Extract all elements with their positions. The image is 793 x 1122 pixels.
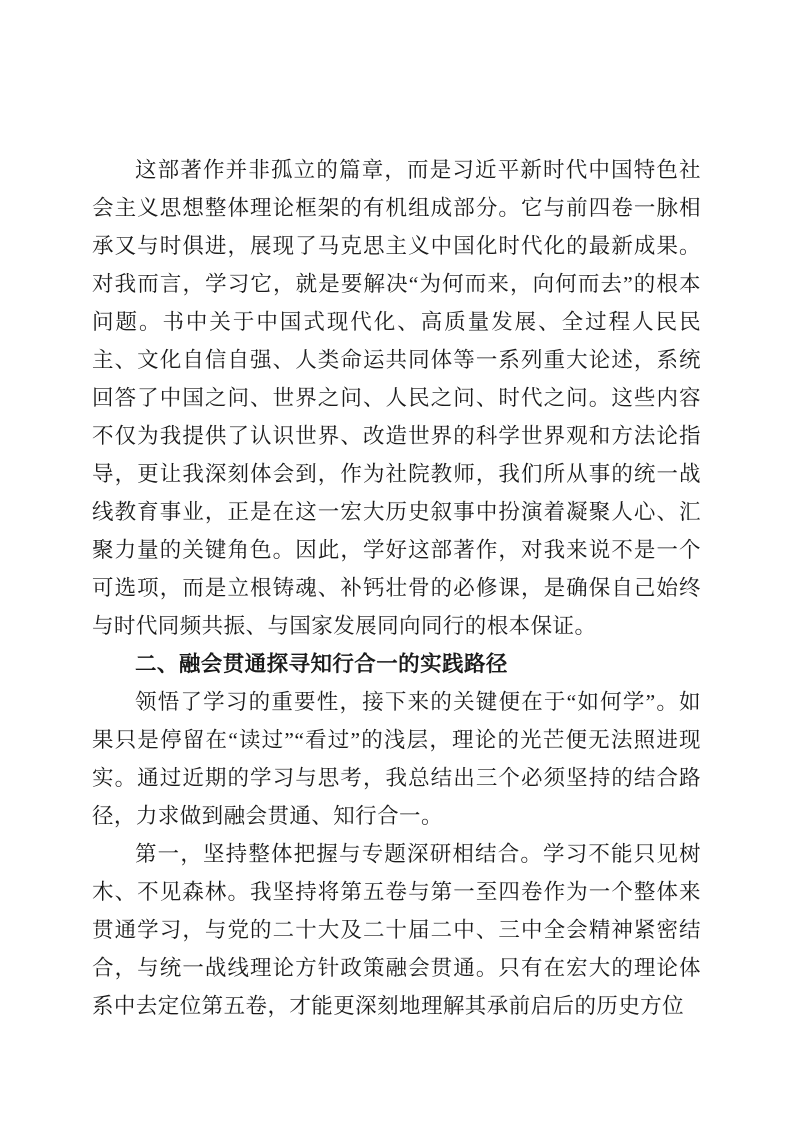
- document-body: 这部著作并非孤立的篇章，而是习近平新时代中国特色社会主义思想整体理论框架的有机组…: [92, 151, 701, 1025]
- section-heading-2: 二、融会贯通探寻知行合一的实践路径: [92, 645, 701, 683]
- paragraph-how-to-learn: 领悟了学习的重要性，接下来的关键便在于“如何学”。如果只是停留在“读过”“看过”…: [92, 683, 701, 835]
- paragraph-first-combination: 第一，坚持整体把握与专题深研相结合。学习不能只见树木、不见森林。我坚持将第五卷与…: [92, 835, 701, 1025]
- document-page: 这部著作并非孤立的篇章，而是习近平新时代中国特色社会主义思想整体理论框架的有机组…: [0, 0, 793, 1122]
- paragraph-study-significance: 这部著作并非孤立的篇章，而是习近平新时代中国特色社会主义思想整体理论框架的有机组…: [92, 151, 701, 645]
